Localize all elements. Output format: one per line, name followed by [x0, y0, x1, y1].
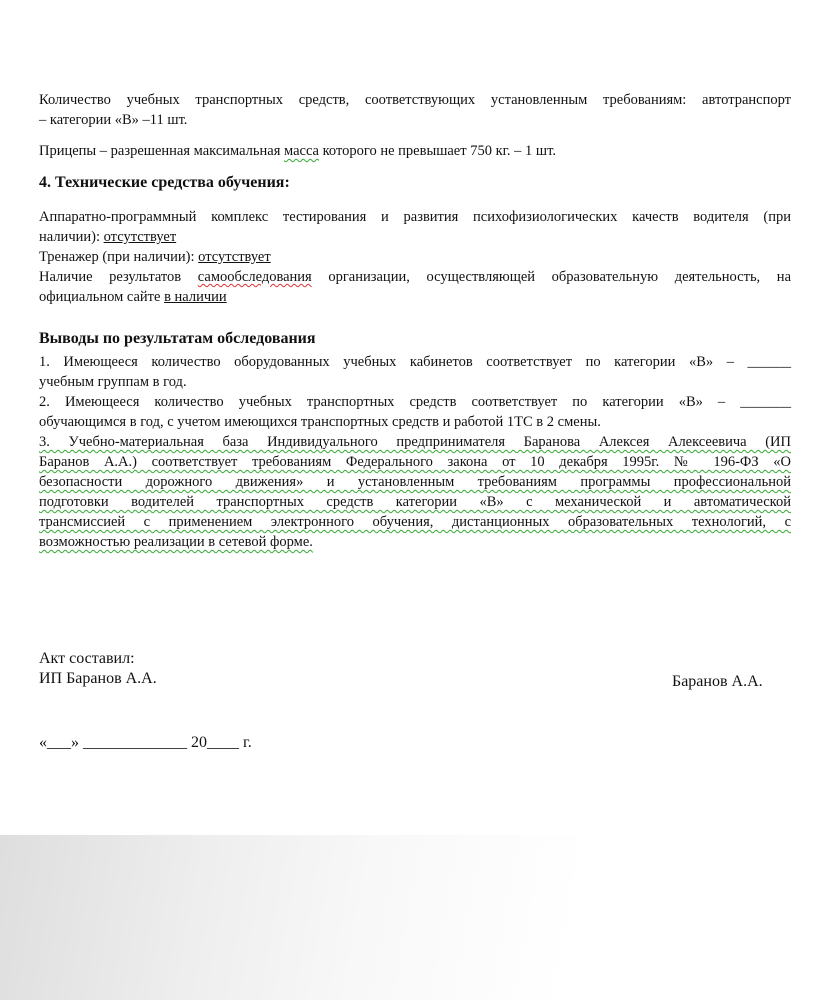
compiled-by: ИП Баранов А.А.: [39, 668, 157, 690]
conclusion-2-line-1: 2. Имеющееся количество учебных транспор…: [39, 392, 791, 412]
selfcheck-site-label: официальном сайте: [39, 289, 164, 305]
trailers-flagged-word: масса: [284, 143, 319, 159]
document-page: Количество учебных транспортных средств,…: [0, 0, 816, 835]
conclusion-3-line-3: безопасности дорожного движения» и устан…: [39, 472, 791, 492]
trailers-prefix: Прицепы – разрешенная максимальная: [39, 143, 284, 159]
selfcheck-line-2: официальном сайте в наличии: [39, 287, 791, 307]
date-line: «___» _____________ 20____ г.: [39, 732, 252, 754]
complex-label: наличии):: [39, 229, 104, 245]
vehicles-line-2: – категории «В» –11 шт.: [39, 110, 791, 130]
complex-line-1: Аппаратно-программный комплекс тестирова…: [39, 207, 791, 227]
simulator-line: Тренажер (при наличии): отсутствует: [39, 247, 791, 267]
signer-name: Баранов А.А.: [672, 671, 763, 693]
conclusion-3-line-4: подготовки водителей транспортных средст…: [39, 492, 791, 512]
conclusion-3-line-1: 3. Учебно-материальная база Индивидуальн…: [39, 432, 791, 452]
vehicles-paragraph: Количество учебных транспортных средств,…: [39, 90, 791, 130]
complex-value: отсутствует: [104, 229, 177, 245]
conclusion-3-line-6: возможностью реализации в сетевой форме.: [39, 532, 791, 552]
conclusions-heading: Выводы по результатам обследования: [39, 330, 316, 348]
trailers-paragraph: Прицепы – разрешенная максимальная масса…: [39, 141, 791, 161]
simulator-label: Тренажер (при наличии):: [39, 249, 198, 265]
conclusions-body: 1. Имеющееся количество оборудованных уч…: [39, 352, 791, 552]
conclusion-1-line-2: учебным группам в год.: [39, 372, 791, 392]
bottom-gradient-band: [0, 835, 816, 1000]
conclusion-3-last: возможностью реализации в сетевой форме.: [39, 534, 313, 550]
complex-line-2: наличии): отсутствует: [39, 227, 791, 247]
selfcheck-flagged-word: самообследования: [198, 269, 312, 285]
selfcheck-label: Наличие результатов: [39, 269, 198, 285]
vehicles-line-1: Количество учебных транспортных средств,…: [39, 90, 791, 110]
section4-heading: 4. Технические средства обучения:: [39, 174, 290, 192]
selfcheck-value: в наличии: [164, 289, 227, 305]
conclusion-2-line-2: обучающимся в год, с учетом имеющихся тр…: [39, 412, 791, 432]
compiled-label: Акт составил:: [39, 648, 135, 670]
simulator-value: отсутствует: [198, 249, 271, 265]
selfcheck-suffix: организации, осуществляющей образователь…: [312, 269, 791, 285]
conclusion-3-line-2: Баранов А.А.) соответствует требованиям …: [39, 452, 791, 472]
selfcheck-line-1: Наличие результатов самообследования орг…: [39, 267, 791, 287]
trailers-suffix: которого не превышает 750 кг. – 1 шт.: [319, 143, 556, 159]
conclusion-1-line-1: 1. Имеющееся количество оборудованных уч…: [39, 352, 791, 372]
section4-body: Аппаратно-программный комплекс тестирова…: [39, 207, 791, 307]
conclusion-3-line-5: трансмиссией с применением электронного …: [39, 512, 791, 532]
